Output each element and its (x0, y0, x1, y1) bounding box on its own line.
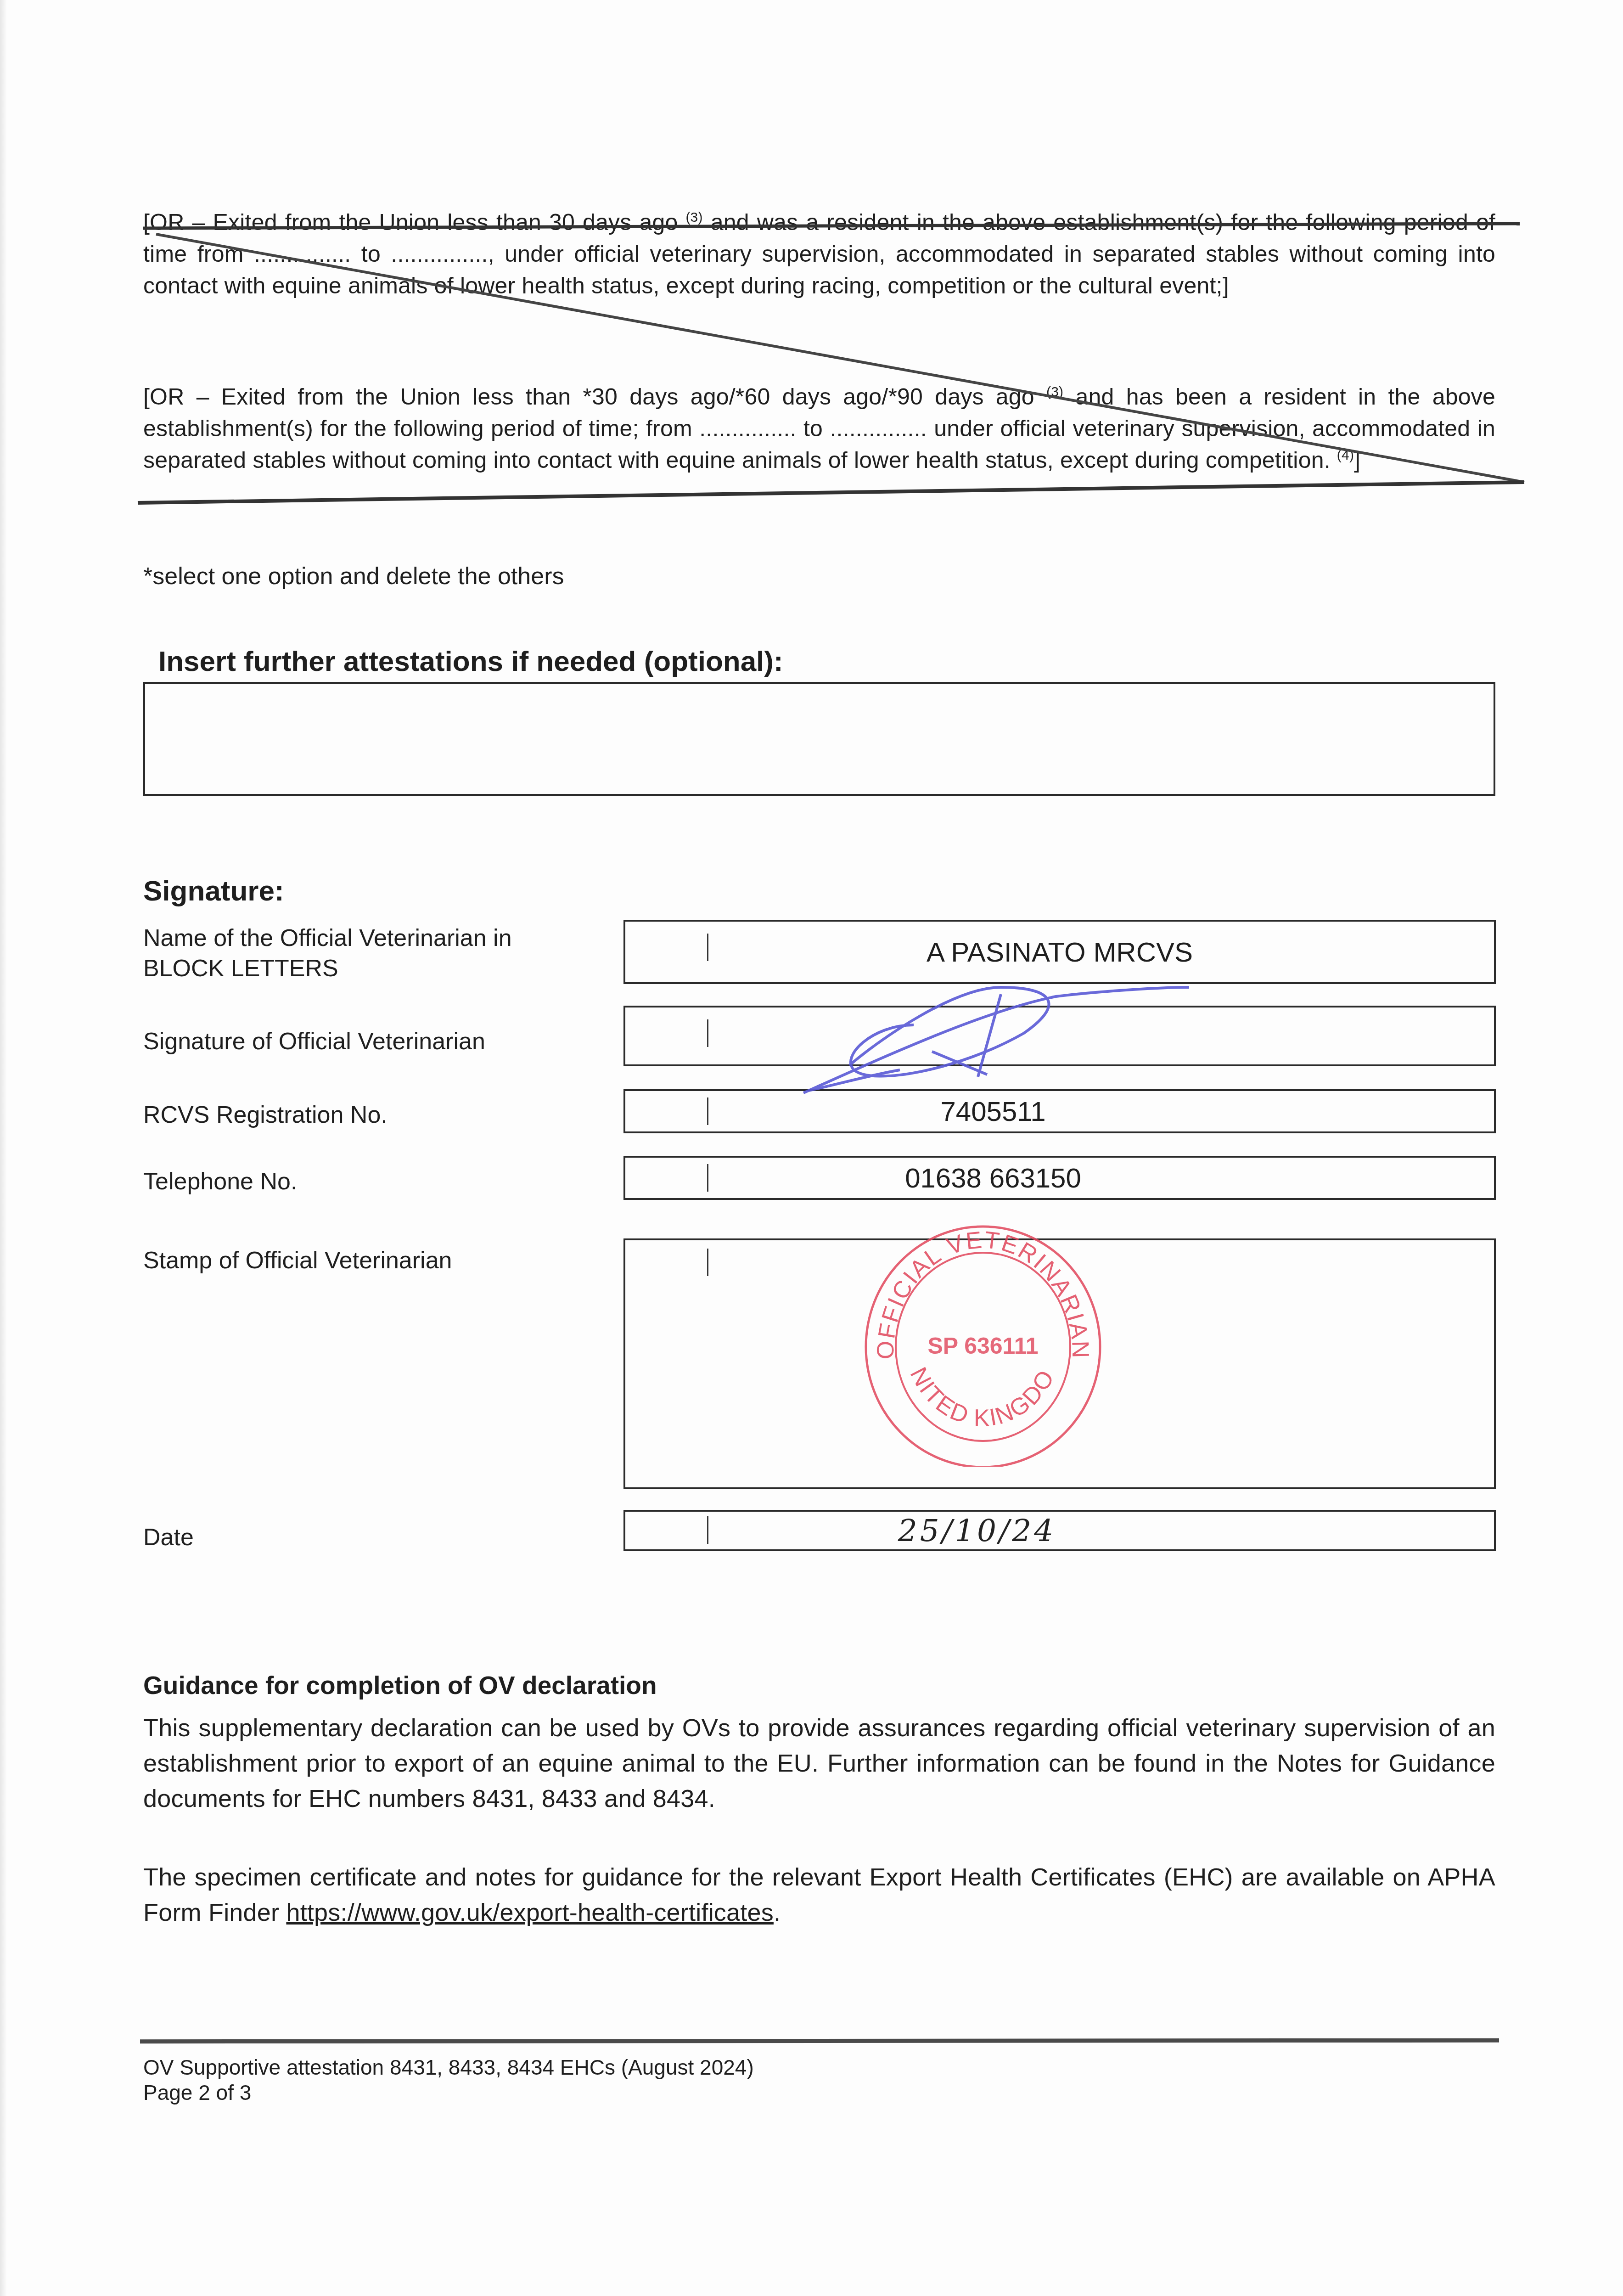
label-date: Date (143, 1522, 194, 1553)
scan-edge-shadow (0, 0, 6, 2296)
label-telephone: Telephone No. (143, 1166, 297, 1197)
footnote-ref: (4) (1337, 448, 1354, 463)
footnote-ref: (3) (685, 210, 702, 225)
label-rcvs-number: RCVS Registration No. (143, 1100, 387, 1130)
strikethrough-line-icon (138, 482, 1524, 503)
rcvs-number-value: 7405511 (492, 1096, 1494, 1127)
field-marker (707, 1019, 708, 1047)
guidance-text: . (774, 1899, 781, 1926)
further-attestations-heading: Insert further attestations if needed (o… (158, 645, 783, 678)
ov-name-value: A PASINATO MRCVS (625, 936, 1494, 968)
option-30-days-paragraph: [OR – Exited from the Union less than 30… (143, 207, 1495, 302)
option-30-60-90-days-paragraph: [OR – Exited from the Union less than *3… (143, 381, 1495, 476)
date-field[interactable]: 25/10/24 (623, 1510, 1496, 1551)
further-attestations-field[interactable] (143, 682, 1495, 796)
pen-annotations (0, 0, 1623, 2296)
field-marker (707, 1249, 708, 1276)
rcvs-number-field[interactable]: 7405511 (623, 1089, 1496, 1133)
guidance-heading: Guidance for completion of OV declaratio… (143, 1671, 657, 1700)
option-text: ] (1354, 447, 1360, 473)
footer-title: OV Supportive attestation 8431, 8433, 84… (143, 2055, 754, 2080)
guidance-paragraph-1: This supplementary declaration can be us… (143, 1711, 1495, 1817)
option-text: [OR – Exited from the Union less than *3… (143, 384, 1046, 410)
ov-name-field[interactable]: A PASINATO MRCVS (623, 920, 1496, 984)
select-note: *select one option and delete the others (143, 563, 564, 590)
label-ov-name: Name of the Official Veterinarian in BLO… (143, 923, 579, 984)
footer-divider (140, 2038, 1499, 2044)
ov-signature-field[interactable] (623, 1006, 1496, 1066)
option-text: [OR – Exited from the Union less than 30… (143, 209, 685, 235)
label-ov-signature: Signature of Official Veterinarian (143, 1026, 485, 1057)
date-value-handwritten: 25/10/24 (460, 1513, 1494, 1548)
document-page: [OR – Exited from the Union less than 30… (0, 0, 1623, 2296)
telephone-field[interactable]: 01638 663150 (623, 1156, 1496, 1200)
guidance-paragraph-2: The specimen certificate and notes for g… (143, 1860, 1495, 1930)
signature-heading: Signature: (143, 875, 284, 907)
page-indicator: Page 2 of 3 (143, 2080, 251, 2105)
label-stamp: Stamp of Official Veterinarian (143, 1245, 452, 1276)
telephone-value: 01638 663150 (492, 1162, 1494, 1194)
export-health-certificates-link[interactable]: https://www.gov.uk/export-health-certifi… (286, 1899, 773, 1926)
footnote-ref: (3) (1046, 384, 1063, 400)
svg-text:SP 636111: SP 636111 (927, 1333, 1038, 1359)
official-veterinarian-stamp-icon: OFFICIAL VETERINARIAN UNITED KINGDOM SP … (858, 1216, 1108, 1467)
